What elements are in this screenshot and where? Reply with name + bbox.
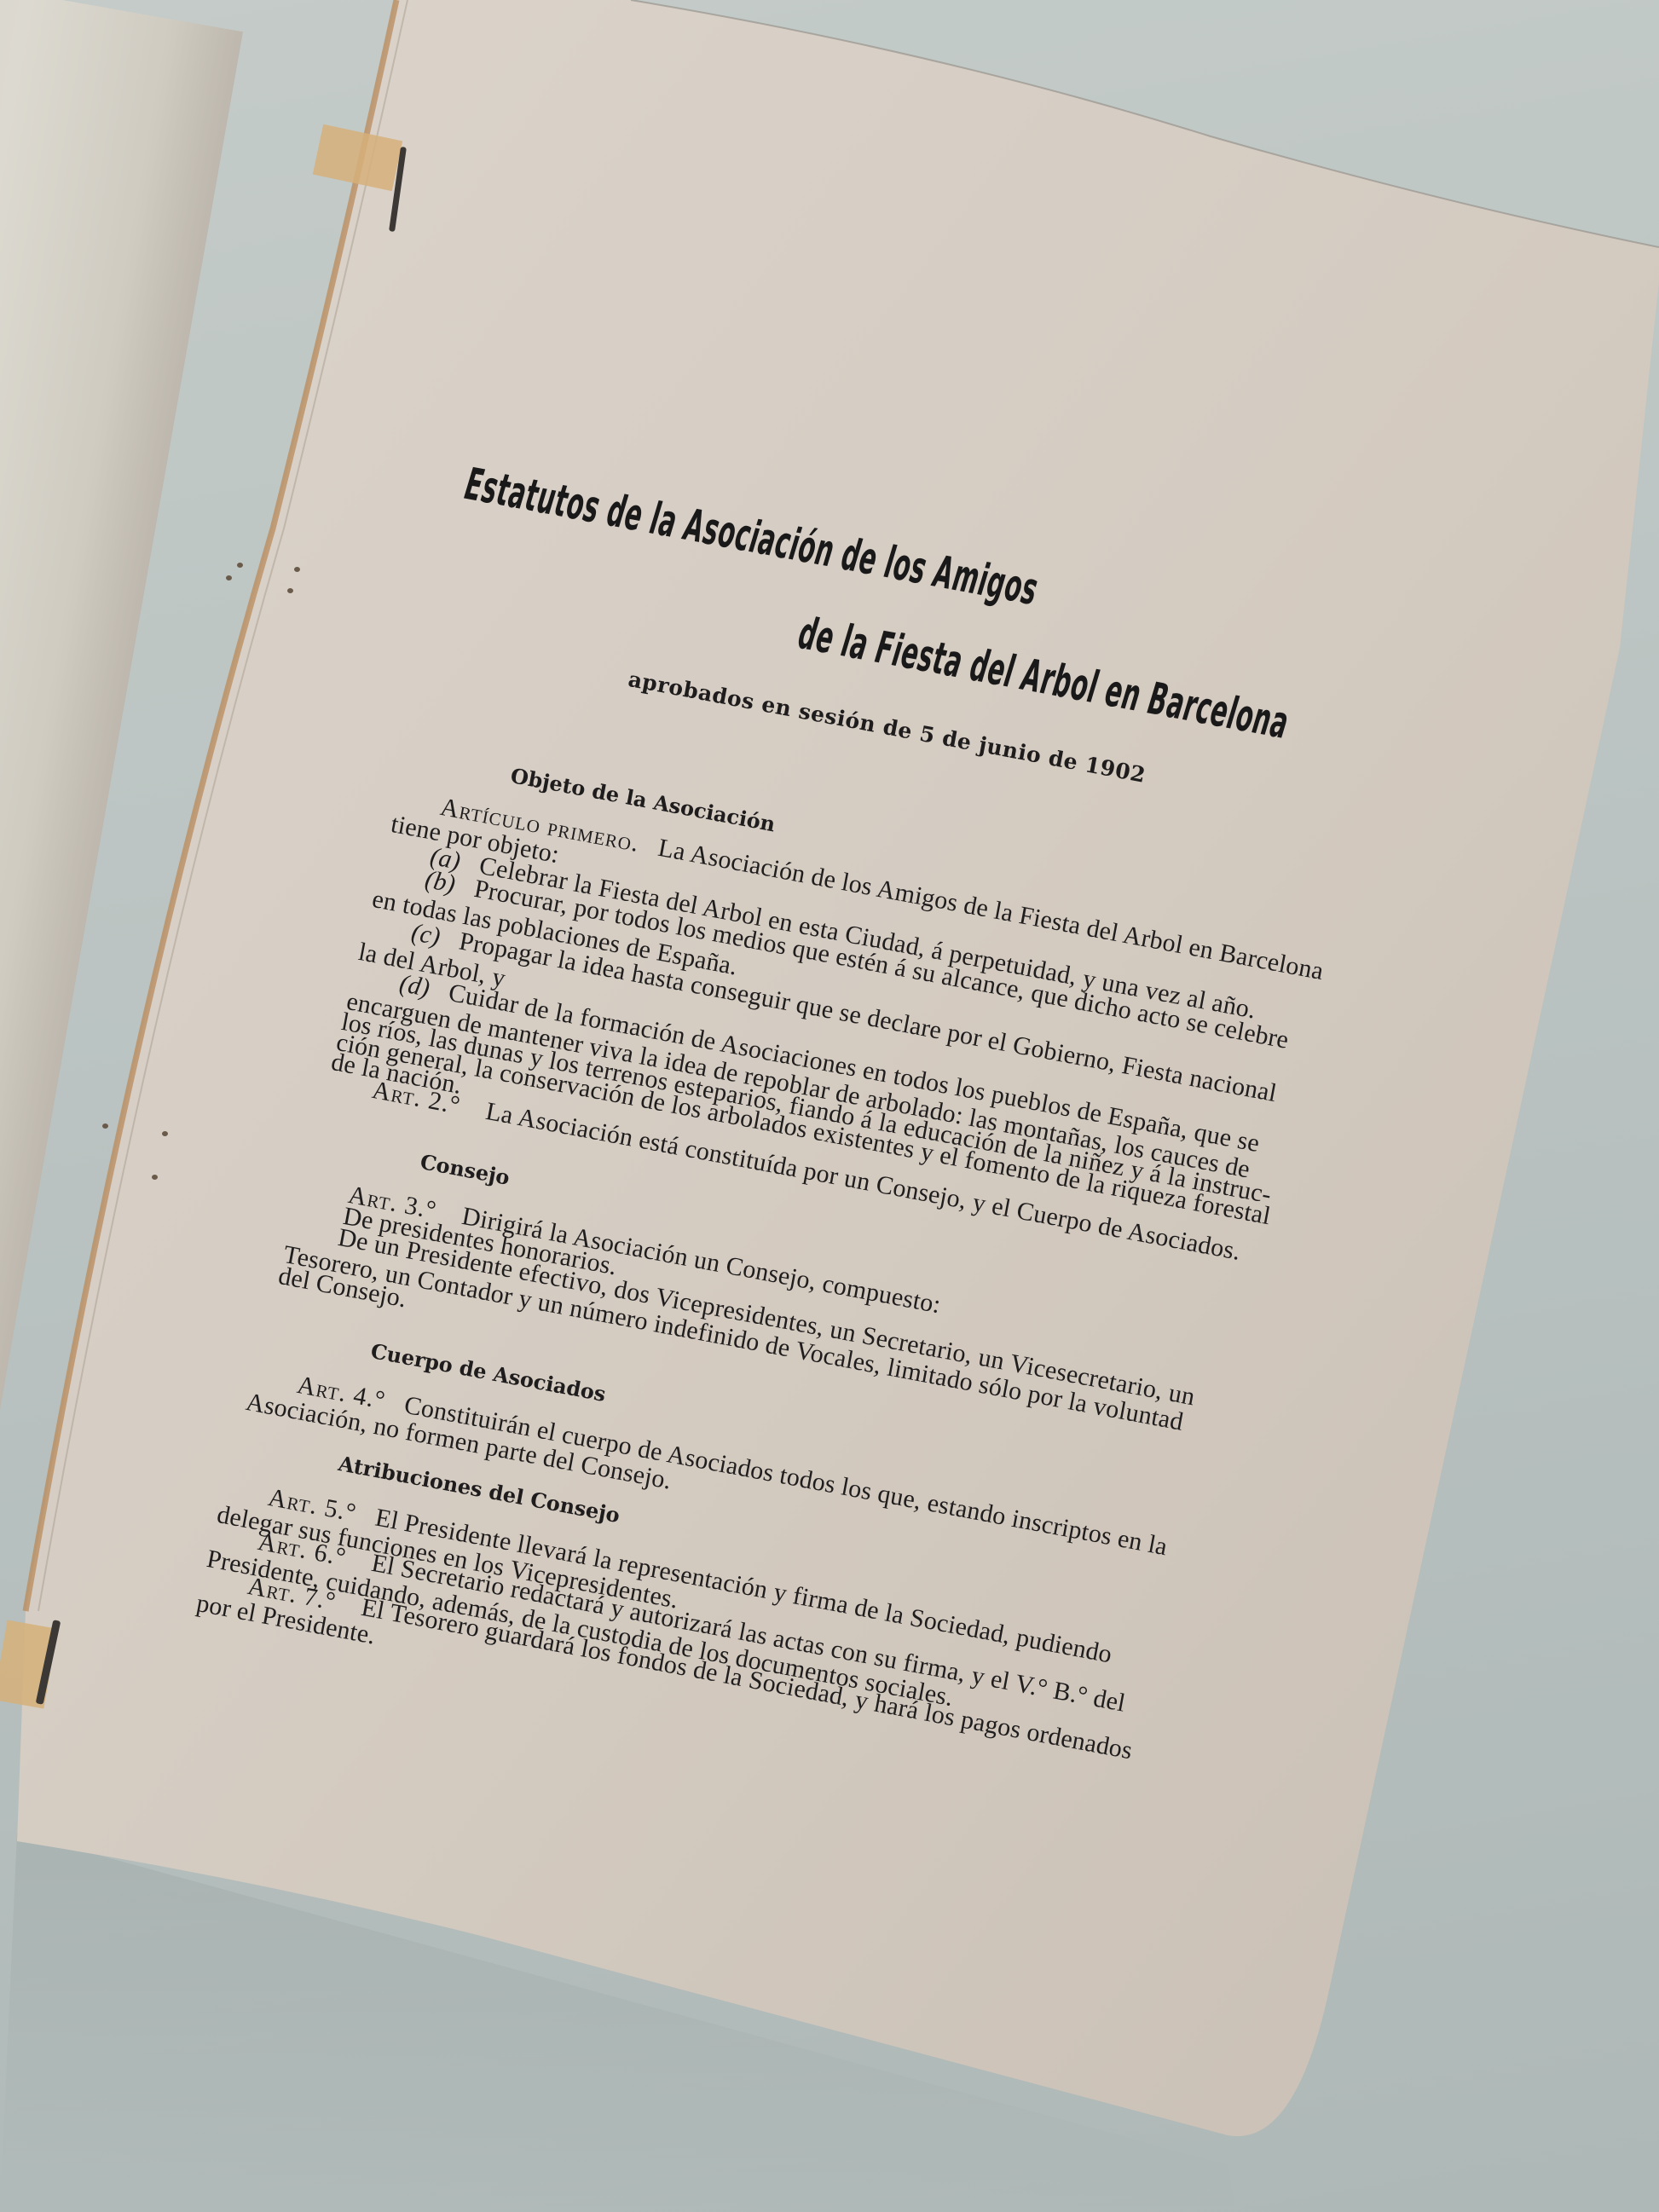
punch-hole — [226, 575, 232, 580]
punch-hole — [102, 1123, 108, 1129]
punch-hole — [152, 1175, 158, 1180]
punch-hole — [294, 567, 300, 572]
page-sheet-shape — [0, 0, 1659, 2212]
punch-hole — [237, 563, 243, 568]
punch-hole — [162, 1131, 168, 1136]
document-page — [0, 0, 1659, 2212]
punch-hole — [287, 588, 293, 593]
